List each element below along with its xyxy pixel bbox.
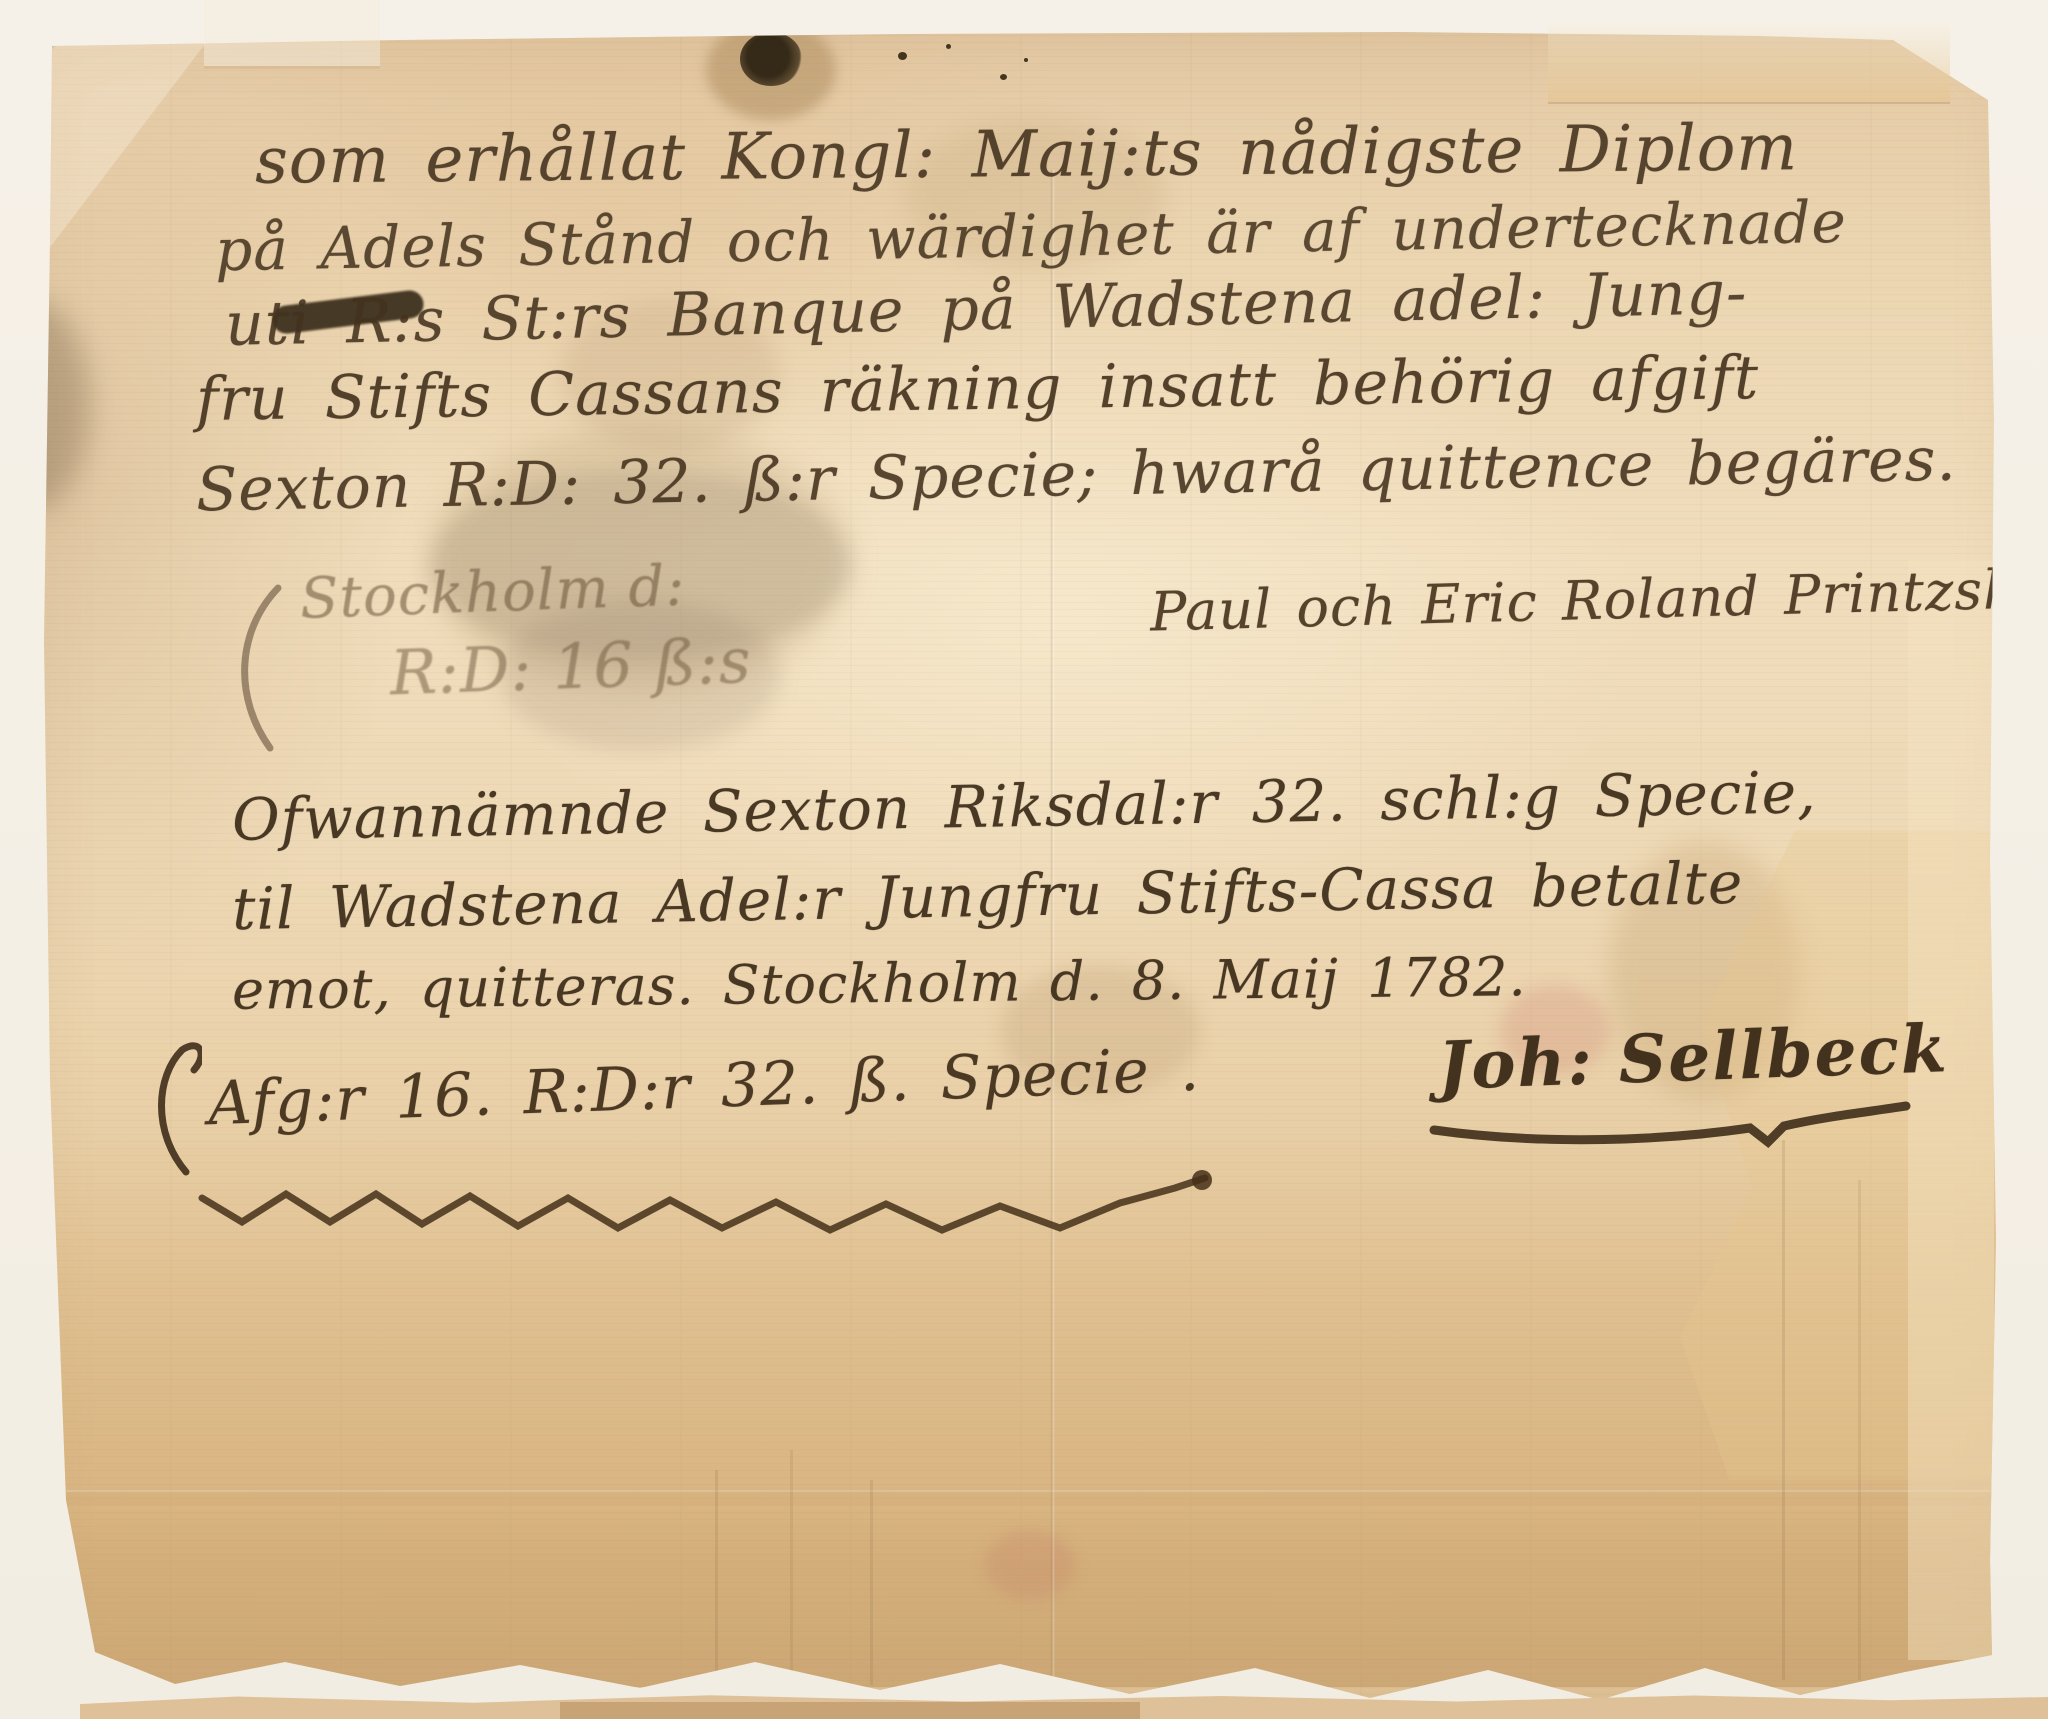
crease-line xyxy=(870,1480,873,1685)
manuscript-line: til Wadstena Adel:r Jungfru Stifts-Cassa… xyxy=(232,849,1744,943)
signature-underline-flourish xyxy=(1428,1096,1928,1156)
manuscript-line: fru Stifts Cassans räkning insatt behöri… xyxy=(196,343,1760,435)
manuscript-line: emot, quitteras. Stockholm d. 8. Maij 17… xyxy=(232,945,1527,1022)
paper-sheet: som erhållat Kongl: Maij:ts nådigste Dip… xyxy=(0,0,2048,1719)
manuscript-line-faint: Stockholm d: xyxy=(299,553,686,631)
underline-end-blob xyxy=(1192,1170,1212,1190)
crease-line xyxy=(1782,1140,1785,1680)
stain xyxy=(985,1530,1075,1600)
stain xyxy=(0,300,90,510)
ink-speck xyxy=(946,44,951,49)
ink-speck xyxy=(1000,74,1007,80)
corner-fold xyxy=(48,40,208,250)
manuscript-line: Sexton R:D: 32. ß:r Specie; hwarå quitte… xyxy=(196,425,1958,526)
ink-speck xyxy=(1024,58,1028,62)
crease-line xyxy=(715,1470,718,1685)
wavy-sum-underline xyxy=(190,1148,1230,1238)
manuscript-line: Ofwannämnde Sexton Riksdal:r 32. schl:g … xyxy=(232,758,1818,854)
crease-line xyxy=(790,1450,793,1685)
ink-blot xyxy=(740,32,802,86)
tape-piece-top-left xyxy=(204,0,380,69)
tape-piece-top-right xyxy=(1548,24,1950,104)
ink-speck xyxy=(898,52,907,60)
parenthesis-flourish xyxy=(226,580,296,760)
manuscript-line-faint: R:D: 16 ß:s xyxy=(389,624,753,710)
lower-paper-strip-edge xyxy=(560,1702,1140,1719)
crease-line xyxy=(1858,1180,1861,1680)
scanned-document-background: som erhållat Kongl: Maij:ts nådigste Dip… xyxy=(0,0,2048,1719)
manuscript-line: som erhållat Kongl: Maij:ts nådigste Dip… xyxy=(255,111,1799,198)
